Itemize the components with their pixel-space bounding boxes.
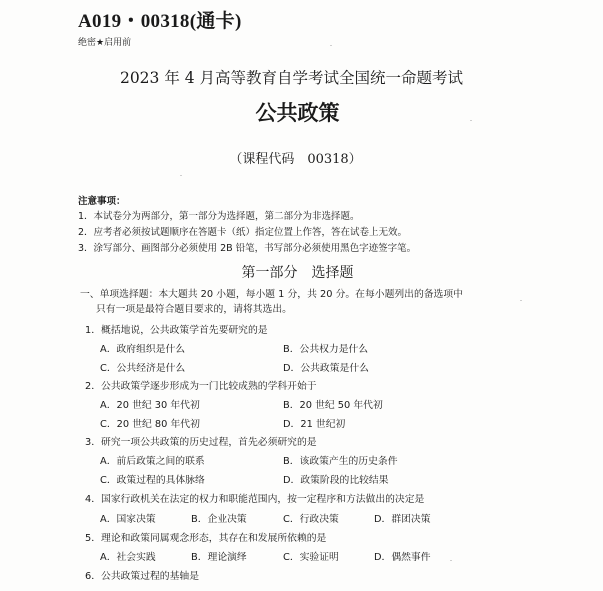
option-c: C．政策过程的具体脉络 [100,472,205,486]
option-d: D．政策阶段的比较结果 [283,472,389,486]
part-one-title: 第一部分 选择题 [0,262,603,282]
scan-speck [180,175,182,176]
subject-title-text: 公共政策 [256,97,340,127]
option-c: C．实验证明 [283,549,339,563]
paper-code: A019・00318(通卡) [78,6,242,33]
part-one-title-text: 第一部分 选择题 [242,262,354,282]
section-instructions: 一、单项选择题：本大题共 20 小题，每小题 1 分，共 20 分。在每小题列出… [80,287,463,317]
question-stem: 1．概括地说，公共政策学首先要研究的是 [85,322,268,336]
question-stem: 2．公共政策学逐步形成为一门比较成熟的学科开始于 [85,378,317,392]
notice-item: 2．应考者必须按试题顺序在答题卡（纸）指定位置上作答，答在试卷上无效。 [78,224,407,238]
option-a: A．社会实践 [100,549,156,563]
question-stem: 4．国家行政机关在法定的权力和职能范围内，按一定程序和方法做出的决定是 [85,491,424,505]
option-a: A．政府组织是什么 [100,341,185,355]
scan-speck [330,45,332,46]
option-c: C．20 世纪 80 年代初 [100,416,200,430]
question-stem: 5．理论和政策同属观念形态，其存在和发展所依赖的是 [85,530,326,544]
exam-paper-page: A019・00318(通卡) 绝密★启用前 2023 年 4 月高等教育自学考试… [0,0,603,591]
option-c: C．行政决策 [283,511,339,525]
scan-speck [520,300,522,301]
option-d: D．偶然事件 [374,549,431,563]
option-b: B．20 世纪 50 年代初 [283,397,383,411]
option-d: D．21 世纪初 [283,416,345,430]
course-code: （课程代码 00318） [0,148,603,167]
section-instructions-line2: 只有一项是最符合题目要求的，请将其选出。 [80,302,463,317]
option-a: A．国家决策 [100,511,156,525]
notice-item: 1．本试卷分为两部分，第一部分为选择题，第二部分为非选择题。 [78,208,360,222]
course-code-text: （课程代码 00318） [229,148,361,167]
option-a: A．前后政策之间的联系 [100,453,205,467]
question-stem: 3．研究一项公共政策的历史过程，首先必须研究的是 [85,434,317,448]
question-stem: 6．公共政策过程的基轴是 [85,568,199,582]
notice-title: 注意事项： [78,193,126,207]
exam-title: 2023 年 4 月高等教育自学考试全国统一命题考试 [0,66,603,88]
section-instructions-line1: 一、单项选择题：本大题共 20 小题，每小题 1 分，共 20 分。在每小题列出… [80,287,463,302]
exam-title-text: 2023 年 4 月高等教育自学考试全国统一命题考试 [120,66,463,88]
scan-speck [470,120,472,121]
scan-speck [450,560,452,561]
option-b: B．企业决策 [191,511,247,525]
option-b: B．理论演绎 [191,549,247,563]
option-b: B．公共权力是什么 [283,341,368,355]
option-a: A．20 世纪 30 年代初 [100,397,200,411]
option-b: B．该政策产生的历史条件 [283,453,398,467]
option-d: D．公共政策是什么 [283,360,369,374]
subject-title: 公共政策 [0,97,603,127]
notice-item: 3．涂写部分、画图部分必须使用 2B 铅笔，书写部分必须使用黑色字迹签字笔。 [78,240,416,254]
secrecy-label: 绝密★启用前 [78,35,131,48]
option-c: C．公共经济是什么 [100,360,185,374]
option-d: D．群团决策 [374,511,431,525]
